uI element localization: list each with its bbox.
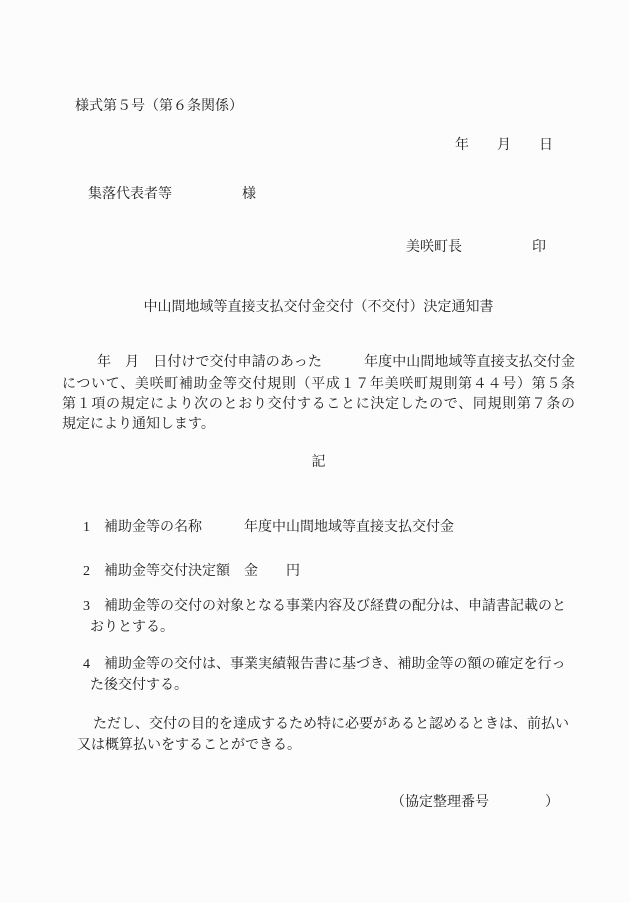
- addressee-line: 集落代表者等 様: [88, 187, 256, 202]
- item-3-project-scope-line-2: おりとする。: [90, 620, 174, 635]
- item-4-payment-condition-line-2: た後交付する。: [90, 678, 188, 693]
- agreement-number-line: （協定整理番号 ）: [391, 795, 559, 810]
- item-3-project-scope-line-1: 3 補助金等の交付の対象となる事業内容及び経費の配分は、申請書記載のと: [83, 599, 566, 614]
- item-1-subsidy-name: 1 補助金等の名称 年度中山間地域等直接支払交付金: [83, 520, 454, 535]
- section-marker-ki: 記: [62, 455, 575, 470]
- body-line-2: について、美咲町補助金等交付規則（平成１７年美咲町規則第４４号）第５条: [62, 377, 575, 392]
- mayor-seal-line: 美咲町長 印: [406, 240, 546, 255]
- body-line-3: 第１項の規定により次のとおり交付することに決定したので、同規則第７条の: [62, 397, 575, 412]
- document-page: 様式第５号（第６条関係） 年 月 日 集落代表者等 様 美咲町長 印 中山間地域…: [0, 0, 630, 903]
- form-number-label: 様式第５号（第６条関係）: [75, 99, 243, 114]
- proviso-line-2: 又は概算払いをすることができる。: [77, 738, 301, 753]
- item-4-payment-condition-line-1: 4 補助金等の交付は、事業実績報告書に基づき、補助金等の額の確定を行っ: [83, 657, 565, 672]
- body-line-1: 年 月 日付けで交付申請のあった 年度中山間地域等直接支払交付金: [62, 355, 575, 370]
- body-line-4: 規定により通知します。: [62, 417, 575, 432]
- item-2-decided-amount: 2 補助金等交付決定額 金 円: [83, 564, 300, 579]
- document-title: 中山間地域等直接支払交付金交付（不交付）決定通知書: [62, 300, 575, 315]
- proviso-line-1: ただし、交付の目的を達成するため特に必要があると認めるときは、前払い: [93, 717, 569, 732]
- date-line: 年 月 日: [455, 138, 553, 153]
